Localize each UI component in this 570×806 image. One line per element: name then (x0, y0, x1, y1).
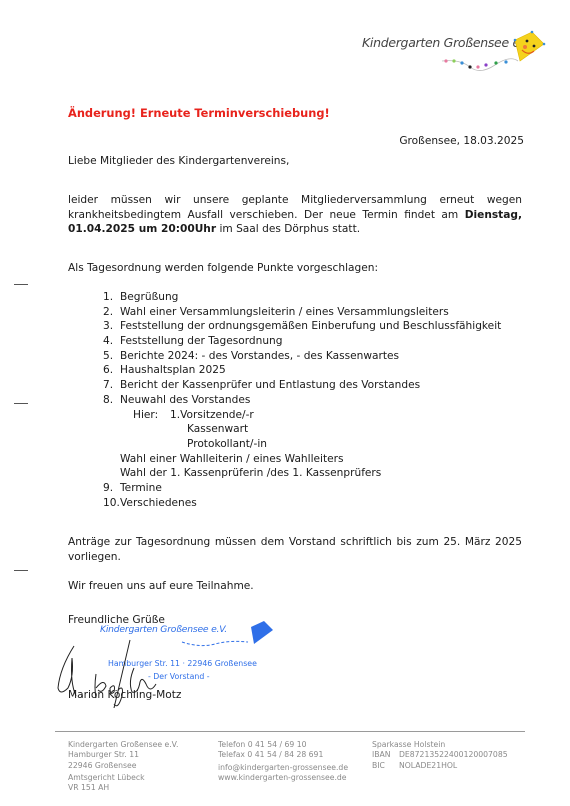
motions-deadline-paragraph: Anträge zur Tagesordnung müssen dem Vors… (68, 535, 522, 564)
agenda-sub-position: Protokollant/-in (103, 437, 501, 452)
agenda-item: 8.Neuwahl des Vorstandes (103, 393, 501, 408)
salutation: Liebe Mitglieder des Kindergartenvereins… (68, 154, 289, 169)
kite-icon (510, 30, 546, 64)
place-date: Großensee, 18.03.2025 (399, 134, 524, 149)
kite-string-icon (440, 55, 520, 73)
agenda-item: 6.Haushaltsplan 2025 (103, 363, 501, 378)
footer-bank: Sparkasse Holstein IBANDE872135224001200… (372, 740, 508, 771)
fold-mark (14, 403, 28, 404)
footer-divider (55, 731, 525, 732)
agenda-sub-position: Kassenwart (103, 422, 501, 437)
thanks-text: Wir freuen uns auf eure Teilnahme. (68, 579, 254, 594)
footer-address: Kindergarten Großensee e.V. Hamburger St… (68, 740, 178, 793)
website-link[interactable]: www.kindergarten-grossensee.de (218, 773, 348, 783)
stamp-kite-icon (248, 620, 274, 646)
agenda-item: 1.Begrüßung (103, 290, 501, 305)
bic: NOLADE21HOL (399, 761, 457, 771)
agenda-item: 5.Berichte 2024: - des Vorstandes, - des… (103, 349, 501, 364)
fold-mark (14, 284, 28, 285)
agenda-item: 4.Feststellung der Tagesordnung (103, 334, 501, 349)
agenda-item: 10.Verschiedenes (103, 496, 501, 511)
phone-number: Telefon 0 41 54 / 69 10 (218, 740, 348, 750)
agenda-item: 9.Termine (103, 481, 501, 496)
document-title: Änderung! Erneute Terminverschiebung! (68, 106, 330, 121)
agenda-item: 2.Wahl einer Versammlungsleiterin / eine… (103, 305, 501, 320)
agenda-sub-positions: Hier:1.Vorsitzende/-r (103, 408, 501, 423)
signer-name: Marion Köchling-Motz (68, 688, 181, 703)
announcement-paragraph: leider müssen wir unsere geplante Mitgli… (68, 193, 522, 237)
agenda-sub-item: Wahl einer Wahlleiterin / eines Wahlleit… (103, 452, 501, 467)
email-link[interactable]: info@kindergarten-grossensee.de (218, 763, 348, 773)
logo-text: Kindergarten Großensee e.V. (362, 35, 534, 50)
agenda-intro: Als Tagesordnung werden folgende Punkte … (68, 261, 378, 276)
stamp-string-icon (180, 636, 250, 652)
agenda-item: 7.Bericht der Kassenprüfer und Entlastun… (103, 378, 501, 393)
agenda-list: 1.Begrüßung 2.Wahl einer Versammlungslei… (103, 290, 501, 510)
agenda-sub-item: Wahl der 1. Kassenprüferin /des 1. Kasse… (103, 466, 501, 481)
fax-number: Telefax 0 41 54 / 84 28 691 (218, 750, 348, 760)
agenda-item: 3.Feststellung der ordnungsgemäßen Einbe… (103, 319, 501, 334)
iban: DE87213522400120007085 (399, 750, 508, 760)
fold-mark (14, 570, 28, 571)
bank-name: Sparkasse Holstein (372, 740, 508, 750)
footer-contact: Telefon 0 41 54 / 69 10 Telefax 0 41 54 … (218, 740, 348, 783)
